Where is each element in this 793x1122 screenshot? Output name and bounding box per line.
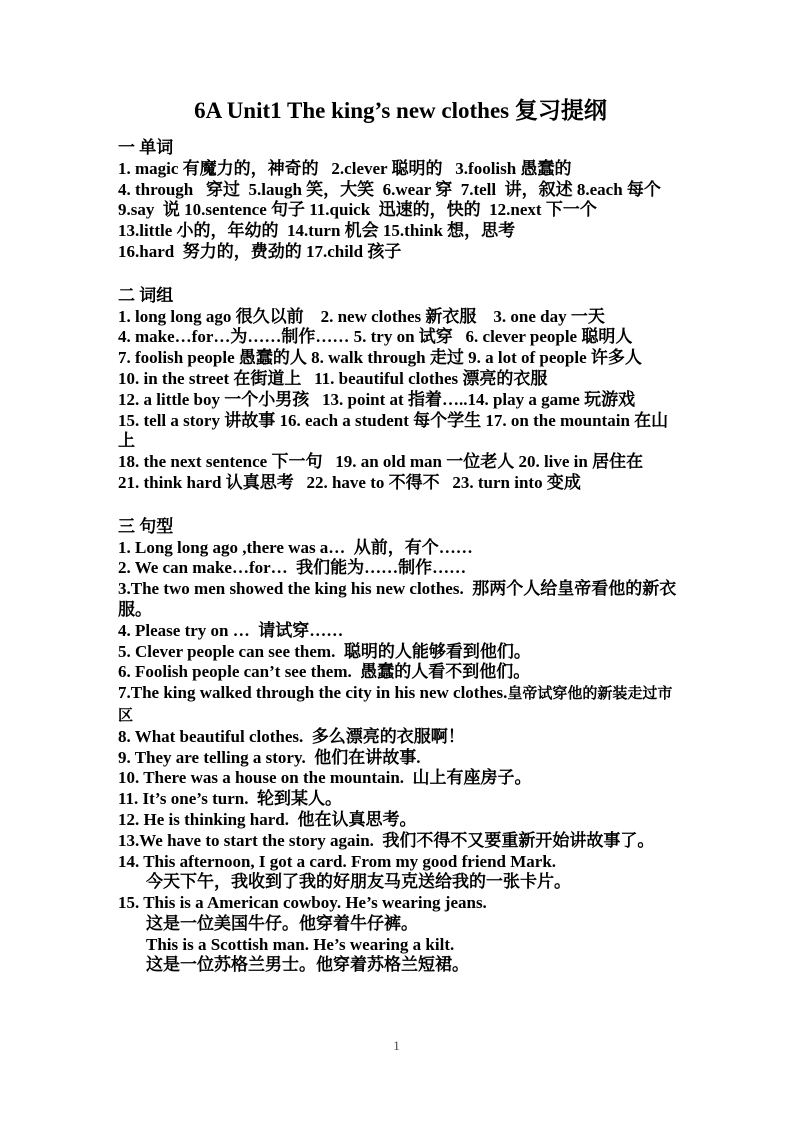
text-line: 9.say 说 10.sentence 句子 11.quick 迅速的，快的 1… xyxy=(118,200,683,221)
text-line: 11. It’s one’s turn. 轮到某人。 xyxy=(118,789,683,810)
text-line: 5. Clever people can see them. 聪明的人能够看到他… xyxy=(118,642,683,663)
text-line: 4. Please try on … 请试穿…… xyxy=(118,621,683,642)
text-line-english: 7.The king walked through the city in hi… xyxy=(118,683,507,702)
text-line: 14. This afternoon, I got a card. From m… xyxy=(118,852,683,873)
text-line: 8. What beautiful clothes. 多么漂亮的衣服啊！ xyxy=(118,727,683,748)
text-line: 16.hard 努力的，费劲的 17.child 孩子 xyxy=(118,242,683,263)
page-number: 1 xyxy=(0,1038,793,1054)
section-patterns-heading: 三 句型 xyxy=(118,517,683,538)
document-title: 6A Unit1 The king’s new clothes 复习提纲 xyxy=(118,96,683,126)
text-line-indented: 今天下午，我收到了我的好朋友马克送给我的一张卡片。 xyxy=(118,872,683,893)
text-line: 18. the next sentence 下一句 19. an old man… xyxy=(118,452,683,473)
section-words: 一 单词 1. magic 有魔力的，神奇的 2.clever 聪明的 3.fo… xyxy=(118,138,683,263)
document-content: 6A Unit1 The king’s new clothes 复习提纲 一 单… xyxy=(118,96,683,999)
text-line: 1. magic 有魔力的，神奇的 2.clever 聪明的 3.foolish… xyxy=(118,159,683,180)
text-line: 9. They are telling a story. 他们在讲故事. xyxy=(118,748,683,769)
section-words-heading: 一 单词 xyxy=(118,138,683,159)
text-line: 12. a little boy 一个小男孩 13. point at 指着….… xyxy=(118,390,683,411)
text-line-indented: 这是一位美国牛仔。他穿着牛仔裤。 xyxy=(118,914,683,935)
document-page: 6A Unit1 The king’s new clothes 复习提纲 一 单… xyxy=(0,0,793,1122)
text-line: 12. He is thinking hard. 他在认真思考。 xyxy=(118,810,683,831)
text-line: 3.The two men showed the king his new cl… xyxy=(118,579,683,621)
text-line: 4. through 穿过 5.laugh 笑，大笑 6.wear 穿 7.te… xyxy=(118,180,683,201)
section-phrases-heading: 二 词组 xyxy=(118,286,683,307)
text-line: 13.We have to start the story again. 我们不… xyxy=(118,831,683,852)
text-line: 10. There was a house on the mountain. 山… xyxy=(118,768,683,789)
text-line: 4. make…for…为……制作…… 5. try on 试穿 6. clev… xyxy=(118,327,683,348)
text-line: 15. tell a story 讲故事 16. each a student … xyxy=(118,411,683,453)
text-line: 2. We can make…for… 我们能为……制作…… xyxy=(118,558,683,579)
section-phrases: 二 词组 1. long long ago 很久以前 2. new clothe… xyxy=(118,286,683,494)
text-line: 1. long long ago 很久以前 2. new clothes 新衣服… xyxy=(118,307,683,328)
text-line: 6. Foolish people can’t see them. 愚蠢的人看不… xyxy=(118,662,683,683)
text-line: 15. This is a American cowboy. He’s wear… xyxy=(118,893,683,914)
text-line: 7. foolish people 愚蠢的人 8. walk through 走… xyxy=(118,348,683,369)
section-patterns: 三 句型 1. Long long ago ,there was a… 从前，有… xyxy=(118,517,683,977)
text-line: 7.The king walked through the city in hi… xyxy=(118,683,683,727)
text-line: 21. think hard 认真思考 22. have to 不得不 23. … xyxy=(118,473,683,494)
text-line: 1. Long long ago ,there was a… 从前，有个…… xyxy=(118,538,683,559)
text-line: 10. in the street 在街道上 11. beautiful clo… xyxy=(118,369,683,390)
text-line: 13.little 小的，年幼的 14.turn 机会 15.think 想，思… xyxy=(118,221,683,242)
text-line-indented: 这是一位苏格兰男士。他穿着苏格兰短裙。 xyxy=(118,955,683,976)
text-line-indented: This is a Scottish man. He’s wearing a k… xyxy=(118,935,683,956)
